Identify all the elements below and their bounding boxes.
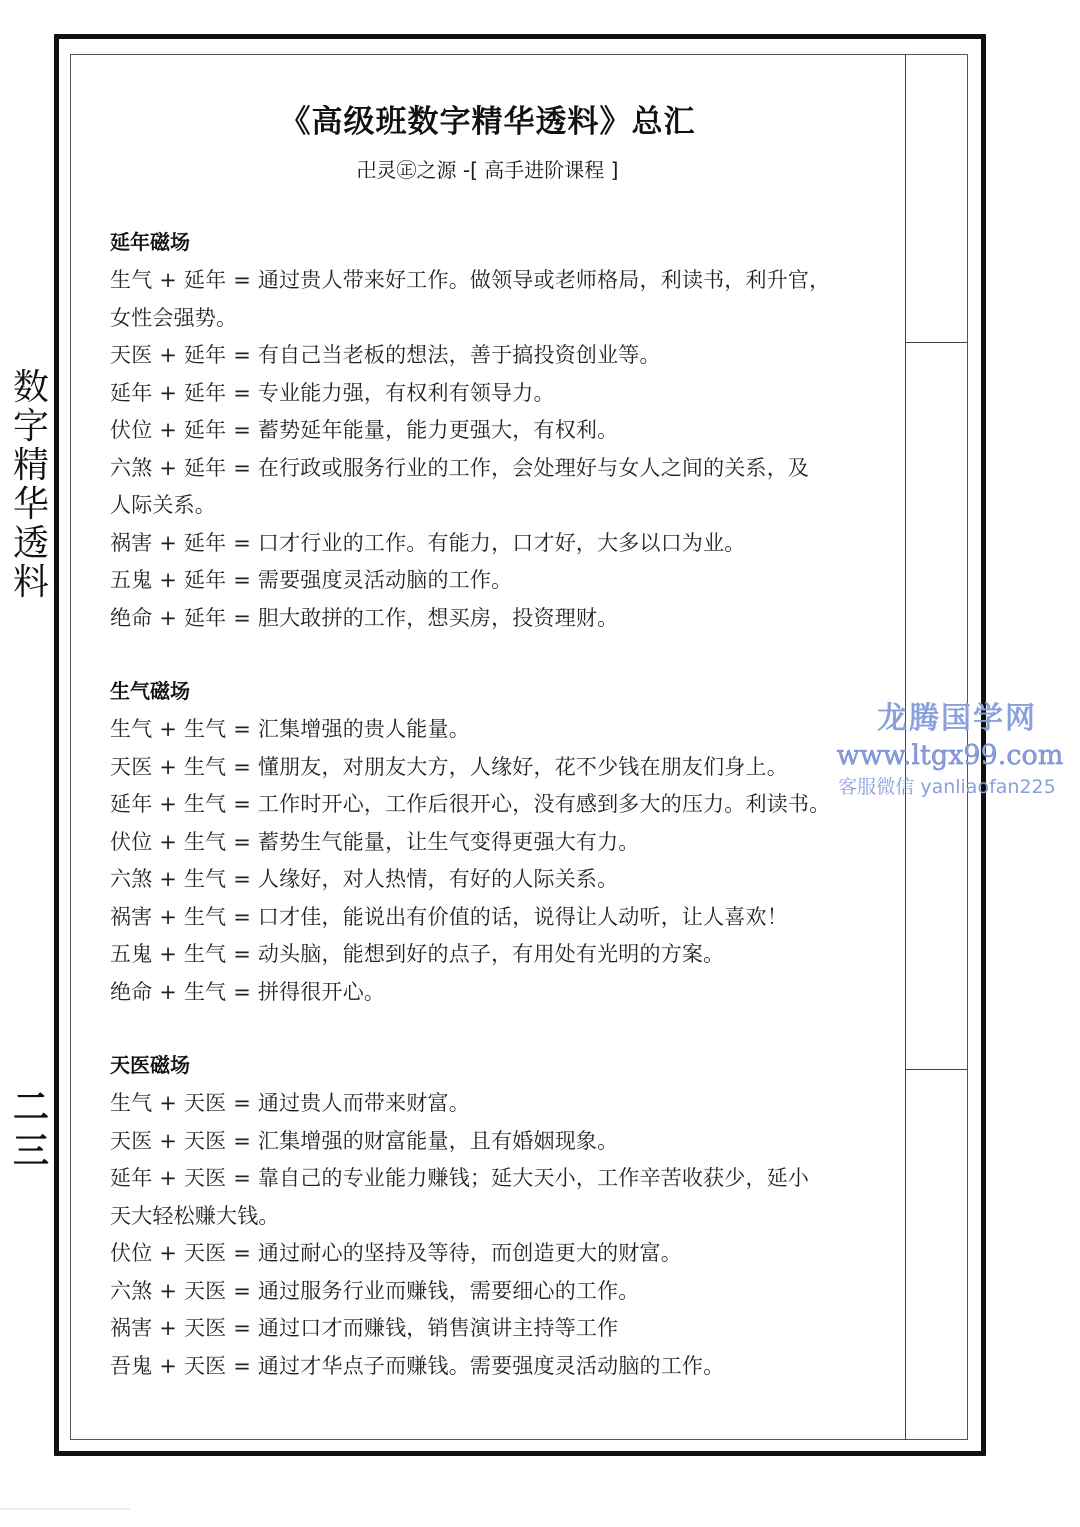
- entry-line: 天医 + 生气 = 懂朋友，对朋友大方，人缘好，花不少钱在朋友们身上。: [110, 749, 890, 787]
- entry-line: 绝命 + 生气 = 拼得很开心。: [110, 974, 890, 1012]
- entry-line: 祸害 + 生气 = 口才佳，能说出有价值的话，说得让人动听，让人喜欢！: [110, 899, 890, 937]
- entry-line: 六煞 + 生气 = 人缘好，对人热情，有好的人际关系。: [110, 861, 890, 899]
- entry-line: 天医 + 天医 = 汇集增强的财富能量，且有婚姻现象。: [110, 1123, 890, 1161]
- entry-line: 绝命 + 延年 = 胆大敢拼的工作，想买房，投资理财。: [110, 600, 890, 638]
- entry-line: 天大轻松赚大钱。: [110, 1198, 890, 1236]
- side-title-char: 料: [13, 563, 49, 602]
- entry-line: 生气 + 延年 = 通过贵人带来好工作。做领导或老师格局，利读书，利升官，: [110, 262, 890, 300]
- section-heading: 延年磁场: [110, 226, 890, 258]
- entry-line: 延年 + 生气 = 工作时开心，工作后很开心，没有感到多大的压力。利读书。: [110, 786, 890, 824]
- side-divider-top: [906, 342, 967, 343]
- document-subtitle: 卍灵㊣之源 -[ 高手进阶课程 ]: [70, 154, 905, 183]
- page-number-vertical: 二 三: [8, 1085, 54, 1173]
- page-number-char: 三: [13, 1129, 49, 1173]
- side-title-char: 透: [13, 524, 49, 563]
- document-title: 《高级班数字精华透料》总汇: [70, 96, 905, 141]
- entry-line: 六煞 + 天医 = 通过服务行业而赚钱，需要细心的工作。: [110, 1273, 890, 1311]
- entry-line: 天医 + 延年 = 有自己当老板的想法，善于搞投资创业等。: [110, 337, 890, 375]
- section-yannian: 延年磁场 生气 + 延年 = 通过贵人带来好工作。做领导或老师格局，利读书，利升…: [110, 226, 890, 637]
- entry-line: 伏位 + 生气 = 蓄势生气能量，让生气变得更强大有力。: [110, 824, 890, 862]
- entry-line: 吾鬼 + 天医 = 通过才华点子而赚钱。需要强度灵活动脑的工作。: [110, 1348, 890, 1386]
- entry-line: 伏位 + 天医 = 通过耐心的坚持及等待，而创造更大的财富。: [110, 1235, 890, 1273]
- entry-line: 六煞 + 延年 = 在行政或服务行业的工作，会处理好与女人之间的关系，及: [110, 450, 890, 488]
- side-title-char: 字: [13, 407, 49, 446]
- side-title-vertical: 数 字 精 华 透 料: [8, 368, 54, 602]
- entry-line: 女性会强势。: [110, 300, 890, 338]
- entry-line: 祸害 + 延年 = 口才行业的工作。有能力，口才好，大多以口为业。: [110, 525, 890, 563]
- section-tianyi: 天医磁场 生气 + 天医 = 通过贵人而带来财富。 天医 + 天医 = 汇集增强…: [110, 1049, 890, 1385]
- section-heading: 天医磁场: [110, 1049, 890, 1081]
- entry-line: 伏位 + 延年 = 蓄势延年能量，能力更强大，有权利。: [110, 412, 890, 450]
- section-shengqi: 生气磁场 生气 + 生气 = 汇集增强的贵人能量。 天医 + 生气 = 懂朋友，…: [110, 675, 890, 1011]
- side-title-char: 华: [13, 485, 49, 524]
- entry-line: 生气 + 生气 = 汇集增强的贵人能量。: [110, 711, 890, 749]
- entry-line: 延年 + 天医 = 靠自己的专业能力赚钱；延大天小，工作辛苦收获少，延小: [110, 1160, 890, 1198]
- entry-line: 人际关系。: [110, 487, 890, 525]
- entry-line: 五鬼 + 延年 = 需要强度灵活动脑的工作。: [110, 562, 890, 600]
- entry-line: 延年 + 延年 = 专业能力强，有权利有领导力。: [110, 375, 890, 413]
- entry-line: 五鬼 + 生气 = 动头脑，能想到好的点子，有用处有光明的方案。: [110, 936, 890, 974]
- document-body: 延年磁场 生气 + 延年 = 通过贵人带来好工作。做领导或老师格局，利读书，利升…: [110, 226, 890, 1423]
- section-heading: 生气磁场: [110, 675, 890, 707]
- side-title-char: 精: [13, 446, 49, 485]
- scan-artifact: [0, 1508, 130, 1510]
- entry-line: 祸害 + 天医 = 通过口才而赚钱，销售演讲主持等工作: [110, 1310, 890, 1348]
- side-title-char: 数: [13, 368, 49, 407]
- page-number-char: 二: [13, 1085, 49, 1129]
- entry-line: 生气 + 天医 = 通过贵人而带来财富。: [110, 1085, 890, 1123]
- side-column: [905, 54, 967, 1440]
- side-divider-bottom: [906, 1069, 967, 1070]
